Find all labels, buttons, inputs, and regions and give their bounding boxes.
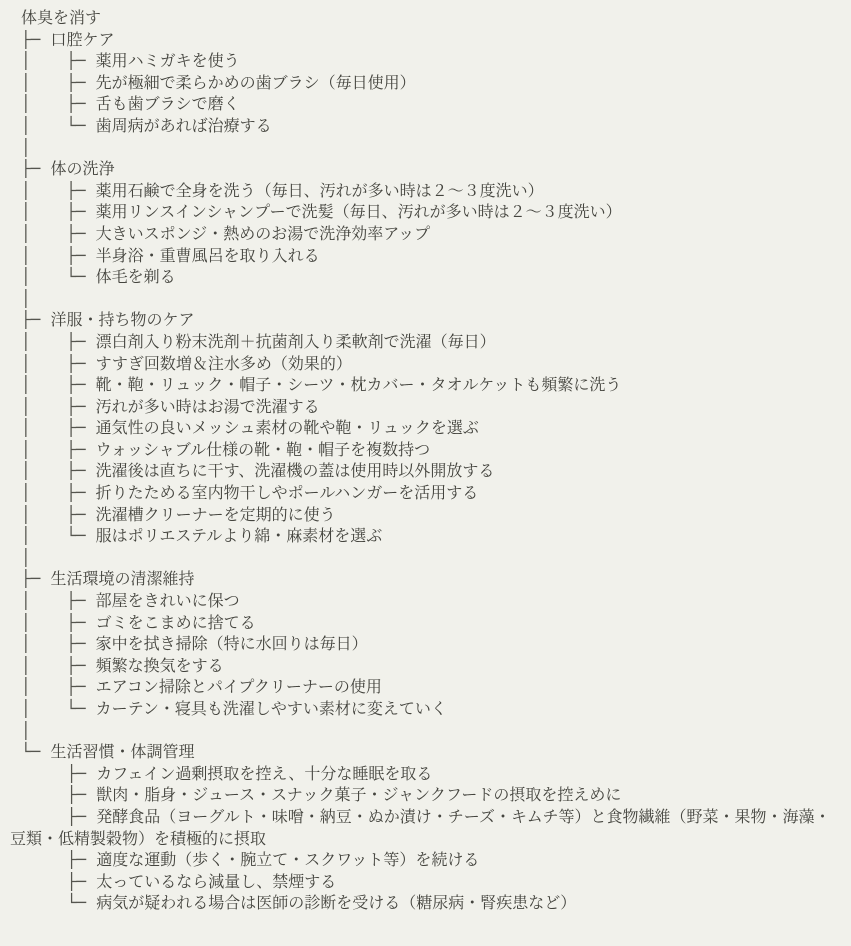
tree-item-label: 洗濯後は直ちに干す、洗濯機の蓋は使用時以外開放する	[96, 461, 495, 480]
tree-item-label: 家中を拭き掃除（特に水回りは毎日）	[96, 634, 368, 653]
tree-item: │ ├─ 舌も歯ブラシで磨く	[10, 93, 841, 115]
tree-branch-glyph: │ ├─	[21, 202, 96, 221]
document-page: 体臭を消す ├─ 口腔ケア│ ├─ 薬用ハミガキを使う│ ├─ 先が極細で柔らか…	[0, 0, 851, 946]
tree-branch-glyph: ├─	[21, 764, 96, 783]
tree-section: └─ 生活習慣・体調管理	[10, 741, 841, 763]
tree-item: │ ├─ 折りたためる室内物干しやポールハンガーを活用する	[10, 482, 841, 504]
tree-branch-glyph: ├─	[21, 310, 50, 329]
tree-branch-glyph: │ ├─	[21, 224, 96, 243]
tree-item-label: 舌も歯ブラシで磨く	[96, 94, 240, 113]
tree-branch-glyph: │ ├─	[21, 461, 96, 480]
tree-item: │ ├─ エアコン掃除とパイプクリーナーの使用	[10, 676, 841, 698]
tree-item: ├─ 発酵食品（ヨーグルト・味噌・納豆・ぬか漬け・チーズ・キムチ等）と食物繊維（…	[10, 806, 841, 849]
tree-spacer: │	[10, 547, 841, 569]
tree-branch-glyph: │ ├─	[21, 94, 96, 113]
tree-branch-glyph: │ ├─	[21, 332, 96, 351]
tree-branch-glyph: │	[21, 548, 31, 567]
tree-section: ├─ 生活環境の清潔維持	[10, 568, 841, 590]
tree-item: │ ├─ 部屋をきれいに保つ	[10, 590, 841, 612]
tree-item: │ └─ カーテン・寝具も洗濯しやすい素材に変えていく	[10, 698, 841, 720]
tree-item: │ ├─ 頻繁な換気をする	[10, 655, 841, 677]
tree-item-label: エアコン掃除とパイプクリーナーの使用	[96, 677, 382, 696]
tree-branch-glyph: │ ├─	[21, 246, 96, 265]
tree-item: ├─ 適度な運動（歩く・腕立て・スクワット等）を続ける	[10, 849, 841, 871]
tree-item-label: 服はポリエステルより綿・麻素材を選ぶ	[96, 526, 383, 545]
tree-branch-glyph: └─	[21, 742, 50, 761]
tree-item-label: ゴミをこまめに捨てる	[96, 613, 256, 632]
tree-branch-glyph: │ └─	[21, 116, 96, 135]
tree-item: │ ├─ ウォッシャブル仕様の靴・鞄・帽子を複数持つ	[10, 439, 841, 461]
tree-item-label: 歯周病があれば治療する	[96, 116, 272, 135]
tree-item: ├─ 太っているなら減量し、禁煙する	[10, 871, 841, 893]
tree-item-label: ウォッシャブル仕様の靴・鞄・帽子を複数持つ	[96, 440, 430, 459]
tree-item-label: 体毛を剃る	[96, 267, 176, 286]
tree-branch-glyph: │ ├─	[21, 483, 96, 502]
tree-branch-glyph: │ ├─	[21, 397, 96, 416]
tree-branch-glyph: │ ├─	[21, 591, 96, 610]
tree-title: 体臭を消す	[10, 7, 841, 29]
tree-item-label: すすぎ回数増＆注水多め（効果的）	[96, 354, 352, 373]
tree-item: ├─ カフェイン過剰摂取を控え、十分な睡眠を取る	[10, 763, 841, 785]
tree-item: │ ├─ 通気性の良いメッシュ素材の靴や鞄・リュックを選ぶ	[10, 417, 841, 439]
tree-section-label: 口腔ケア	[50, 30, 114, 49]
tree-item-label: カーテン・寝具も洗濯しやすい素材に変えていく	[96, 699, 447, 718]
tree-item-label: 薬用リンスインシャンプーで洗髪（毎日、汚れが多い時は２～３度洗い）	[96, 202, 622, 221]
tree-section-label: 洋服・持ち物のケア	[50, 310, 194, 329]
tree-item-label: 折りたためる室内物干しやポールハンガーを活用する	[96, 483, 479, 502]
tree-section-label: 生活習慣・体調管理	[50, 742, 194, 761]
tree-item: │ ├─ 半身浴・重曹風呂を取り入れる	[10, 245, 841, 267]
tree-item: │ ├─ 薬用ハミガキを使う	[10, 50, 841, 72]
tree-item-label: 太っているなら減量し、禁煙する	[96, 872, 336, 891]
tree-section-label: 生活環境の清潔維持	[50, 569, 194, 588]
tree-item-label: 薬用ハミガキを使う	[96, 51, 240, 70]
tree-item-label: 病気が疑われる場合は医師の診断を受ける（糖尿病・腎疾患など）	[96, 893, 576, 912]
tree-item: │ ├─ すすぎ回数増＆注水多め（効果的）	[10, 353, 841, 375]
tree-branch-glyph: ├─	[21, 569, 50, 588]
tree-branch-glyph: │	[21, 289, 31, 308]
tree-section-label: 体の洗浄	[50, 159, 114, 178]
tree-item-label: 部屋をきれいに保つ	[96, 591, 240, 610]
tree-branch-glyph: │ ├─	[21, 354, 96, 373]
tree-item-label: 大きいスポンジ・熱めのお湯で洗浄効率アップ	[96, 224, 430, 243]
tree-branch-glyph: │ ├─	[21, 73, 96, 92]
tree-branch-glyph: │ ├─	[21, 375, 96, 394]
tree-item: │ ├─ 靴・鞄・リュック・帽子・シーツ・枕カバー・タオルケットも頻繁に洗う	[10, 374, 841, 396]
tree-item-label: 通気性の良いメッシュ素材の靴や鞄・リュックを選ぶ	[96, 418, 479, 437]
tree-item: │ ├─ 大きいスポンジ・熱めのお湯で洗浄効率アップ	[10, 223, 841, 245]
tree-branch-glyph: ├─	[21, 159, 50, 178]
tree-branch-glyph: │ └─	[21, 267, 96, 286]
tree-item: │ ├─ 洗濯槽クリーナーを定期的に使う	[10, 504, 841, 526]
tree-item: │ ├─ 薬用石鹸で全身を洗う（毎日、汚れが多い時は２～３度洗い）	[10, 180, 841, 202]
tree-item-label: 薬用石鹸で全身を洗う（毎日、汚れが多い時は２～３度洗い）	[96, 181, 544, 200]
tree-item-label: 汚れが多い時はお湯で洗濯する	[96, 397, 320, 416]
tree-item: │ ├─ 薬用リンスインシャンプーで洗髪（毎日、汚れが多い時は２～３度洗い）	[10, 201, 841, 223]
tree-branch-glyph: │	[21, 138, 31, 157]
tree-item: │ ├─ 漂白剤入り粉末洗剤＋抗菌剤入り柔軟剤で洗濯（毎日）	[10, 331, 841, 353]
tree-item-label: 獣肉・脂身・ジュース・スナック菓子・ジャンクフードの摂取を控えめに	[96, 785, 621, 804]
tree-section: ├─ 口腔ケア	[10, 29, 841, 51]
tree-branch-glyph: │ └─	[21, 526, 96, 545]
tree-branch-glyph: ├─	[21, 850, 96, 869]
tree-item-label: 洗濯槽クリーナーを定期的に使う	[96, 505, 336, 524]
tree-item-label: カフェイン過剰摂取を控え、十分な睡眠を取る	[96, 764, 432, 783]
tree-item-label: 靴・鞄・リュック・帽子・シーツ・枕カバー・タオルケットも頻繁に洗う	[96, 375, 622, 394]
tree-section: ├─ 体の洗浄	[10, 158, 841, 180]
tree-item: │ ├─ 先が極細で柔らかめの歯ブラシ（毎日使用）	[10, 72, 841, 94]
tree-branch-glyph: │	[21, 721, 31, 740]
tree-section: ├─ 洋服・持ち物のケア	[10, 309, 841, 331]
tree-item: │ ├─ 洗濯後は直ちに干す、洗濯機の蓋は使用時以外開放する	[10, 460, 841, 482]
tree-branch-glyph: │ ├─	[21, 51, 96, 70]
tree-branch-glyph: │ ├─	[21, 418, 96, 437]
tree-item: └─ 病気が疑われる場合は医師の診断を受ける（糖尿病・腎疾患など）	[10, 892, 841, 914]
tree-branch-glyph: ├─	[21, 807, 96, 826]
tree-item-label: 適度な運動（歩く・腕立て・スクワット等）を続ける	[96, 850, 479, 869]
tree-branch-glyph: │ ├─	[21, 677, 96, 696]
tree-branch-glyph: ├─	[21, 785, 96, 804]
tree-item: │ ├─ 家中を拭き掃除（特に水回りは毎日）	[10, 633, 841, 655]
tree-item-label: 先が極細で柔らかめの歯ブラシ（毎日使用）	[96, 73, 416, 92]
tree-item-label: 漂白剤入り粉末洗剤＋抗菌剤入り柔軟剤で洗濯（毎日）	[96, 332, 496, 351]
tree-branch-glyph: └─	[21, 893, 96, 912]
tree-branch-glyph: │ ├─	[21, 505, 96, 524]
tree-item: │ └─ 体毛を剃る	[10, 266, 841, 288]
tree-branch-glyph: │ ├─	[21, 440, 96, 459]
tree-branch-glyph: ├─	[21, 30, 50, 49]
tree-item: │ └─ 歯周病があれば治療する	[10, 115, 841, 137]
tree-item-label: 半身浴・重曹風呂を取り入れる	[96, 246, 320, 265]
tree-branch-glyph: │ ├─	[21, 634, 96, 653]
odor-elimination-tree: 体臭を消す ├─ 口腔ケア│ ├─ 薬用ハミガキを使う│ ├─ 先が極細で柔らか…	[10, 7, 841, 914]
tree-item: │ ├─ 汚れが多い時はお湯で洗濯する	[10, 396, 841, 418]
tree-spacer: │	[10, 720, 841, 742]
tree-rows: ├─ 口腔ケア│ ├─ 薬用ハミガキを使う│ ├─ 先が極細で柔らかめの歯ブラシ…	[10, 29, 841, 914]
tree-spacer: │	[10, 288, 841, 310]
tree-branch-glyph: │ └─	[21, 699, 96, 718]
tree-item: │ ├─ ゴミをこまめに捨てる	[10, 612, 841, 634]
tree-branch-glyph: ├─	[21, 872, 96, 891]
tree-branch-glyph: │ ├─	[21, 181, 96, 200]
tree-branch-glyph: │ ├─	[21, 656, 96, 675]
tree-spacer: │	[10, 137, 841, 159]
tree-item: ├─ 獣肉・脂身・ジュース・スナック菓子・ジャンクフードの摂取を控えめに	[10, 784, 841, 806]
tree-item: │ └─ 服はポリエステルより綿・麻素材を選ぶ	[10, 525, 841, 547]
tree-branch-glyph: │ ├─	[21, 613, 96, 632]
tree-item-label: 頻繁な換気をする	[96, 656, 224, 675]
tree-item-label: 発酵食品（ヨーグルト・味噌・納豆・ぬか漬け・チーズ・キムチ等）と食物繊維（野菜・…	[10, 807, 830, 848]
